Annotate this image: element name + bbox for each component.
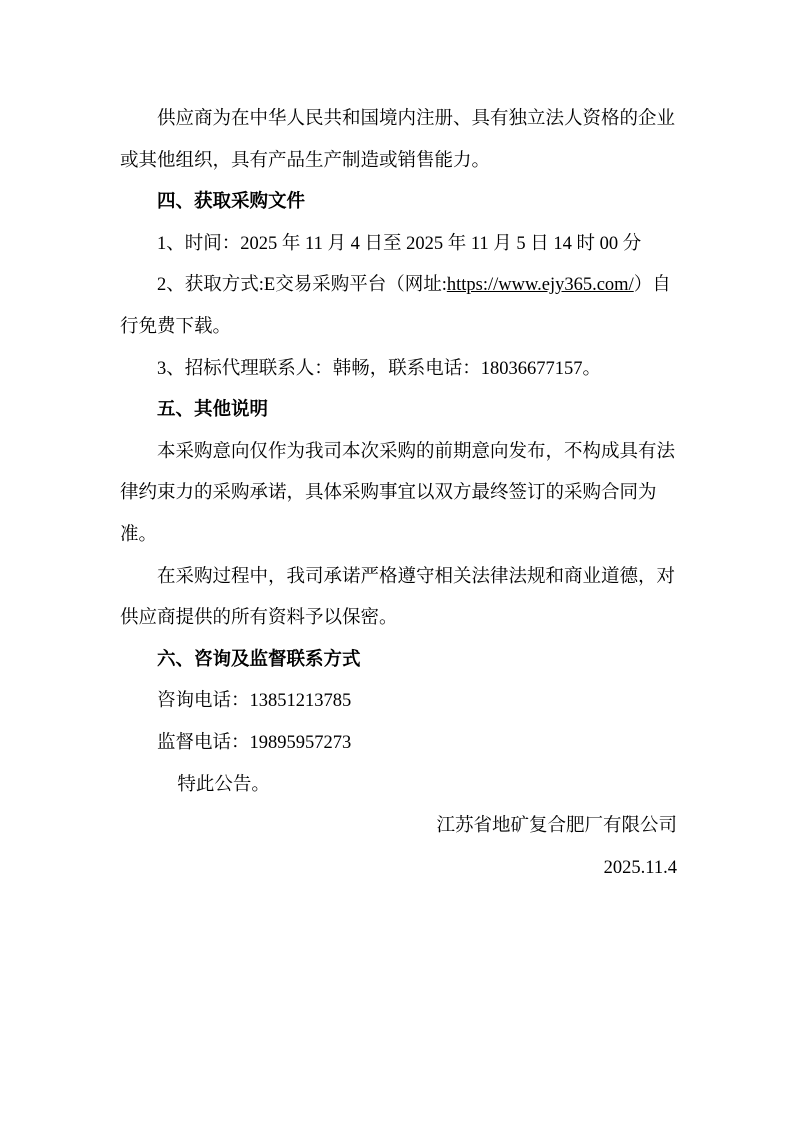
ejy365-url-link[interactable]: https://www.ejy365.com/ (447, 275, 634, 295)
document-body: 供应商为在中华人民共和国境内注册、具有独立法人资格的企业或其他组织，具有产品生产… (120, 99, 677, 889)
paragraph-disclaimer: 本采购意向仅作为我司本次采购的前期意向发布，不构成具有法律约束力的采购承诺，具体… (120, 432, 677, 557)
document-page: 供应商为在中华人民共和国境内注册、具有独立法人资格的企业或其他组织，具有产品生产… (0, 0, 793, 1123)
paragraph-item-1-time: 1、时间：2025 年 11 月 4 日至 2025 年 11 月 5 日 14… (120, 224, 677, 266)
heading-section-6-contact-methods: 六、咨询及监督联系方式 (120, 640, 677, 682)
paragraph-consult-phone: 咨询电话：13851213785 (120, 681, 677, 723)
heading-section-4-obtain-documents: 四、获取采购文件 (120, 182, 677, 224)
paragraph-supplier-qualification: 供应商为在中华人民共和国境内注册、具有独立法人资格的企业或其他组织，具有产品生产… (120, 99, 677, 182)
paragraph-supervise-phone: 监督电话：19895957273 (120, 723, 677, 765)
paragraph-confidentiality: 在采购过程中，我司承诺严格遵守相关法律法规和商业道德，对供应商提供的所有资料予以… (120, 557, 677, 640)
paragraph-item-2-method: 2、获取方式:E交易采购平台（网址:https://www.ejy365.com… (120, 265, 677, 348)
method-text-before: 2、获取方式:E交易采购平台（网址: (157, 275, 447, 295)
signature-date: 2025.11.4 (120, 848, 677, 890)
paragraph-item-3-agent-contact: 3、招标代理联系人：韩畅，联系电话：18036677157。 (120, 349, 677, 391)
heading-section-5-other-notes: 五、其他说明 (120, 390, 677, 432)
signature-company-name: 江苏省地矿复合肥厂有限公司 (120, 806, 677, 848)
paragraph-closing-announcement: 特此公告。 (120, 765, 677, 807)
